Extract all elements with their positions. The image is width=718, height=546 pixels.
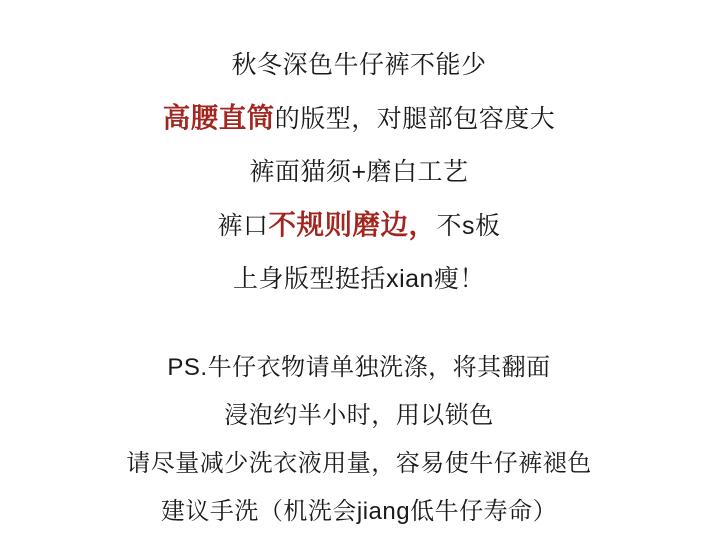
care-line-soak-text: 浸泡约半小时，用以锁色	[224, 403, 494, 429]
care-line-handwash-post: 低牛仔寿命）	[410, 499, 557, 525]
plus-sign: +	[351, 158, 366, 186]
care-line-wash-separately-text: 牛仔衣物请单独洗涤，将其翻面	[208, 355, 551, 381]
care-line-soak: 浸泡约半小时，用以锁色	[0, 392, 718, 440]
care-line-handwash-latin: jiang	[357, 498, 410, 525]
care-line-handwash: 建议手洗（机洗会jiang低牛仔寿命）	[0, 488, 718, 536]
intro-line-look-post: 瘦！	[434, 266, 485, 293]
care-instructions-block: PS.牛仔衣物请单独洗涤，将其翻面 浸泡约半小时，用以锁色 请尽量减少洗衣液用量…	[0, 344, 718, 536]
intro-line-hem-latin: s	[462, 212, 475, 240]
intro-line-look-pre: 上身版型挺括	[233, 266, 386, 293]
highlight-waist-style: 高腰直筒	[163, 102, 275, 133]
care-line-detergent-text: 请尽量减少洗衣液用量，容易使牛仔裤褪色	[126, 451, 592, 477]
highlight-hem-style: 不规则磨边，	[268, 209, 436, 240]
selling-points-block: 秋冬深色牛仔裤不能少 高腰直筒的版型，对腿部包容度大 裤面猫须+磨白工艺 裤口不…	[0, 0, 718, 306]
intro-line-hem-post: 板	[475, 213, 501, 240]
intro-line-craft-pre: 裤面猫须	[249, 159, 351, 186]
care-line-handwash-pre: 建议手洗（机洗会	[161, 499, 357, 525]
intro-line-craft-post: 磨白工艺	[367, 159, 469, 186]
intro-line-look-latin: xian	[386, 265, 434, 293]
intro-line-hem-mid: 不	[436, 213, 462, 240]
care-line-detergent: 请尽量减少洗衣液用量，容易使牛仔裤褪色	[0, 440, 718, 488]
intro-line-hem-pre: 裤口	[217, 213, 268, 240]
product-description-page: 秋冬深色牛仔裤不能少 高腰直筒的版型，对腿部包容度大 裤面猫须+磨白工艺 裤口不…	[0, 0, 718, 546]
intro-line-hem: 裤口不规则磨边，不s板	[0, 199, 718, 253]
intro-line-fit-text: 的版型，对腿部包容度大	[275, 106, 556, 133]
intro-line-fit: 高腰直筒的版型，对腿部包容度大	[0, 92, 718, 146]
intro-line-look: 上身版型挺括xian瘦！	[0, 253, 718, 306]
intro-line-craft: 裤面猫须+磨白工艺	[0, 146, 718, 199]
intro-line-season: 秋冬深色牛仔裤不能少	[0, 40, 718, 92]
care-line-wash-separately: PS.牛仔衣物请单独洗涤，将其翻面	[0, 344, 718, 392]
ps-prefix: PS.	[167, 354, 207, 381]
intro-line-season-text: 秋冬深色牛仔裤不能少	[231, 52, 486, 79]
